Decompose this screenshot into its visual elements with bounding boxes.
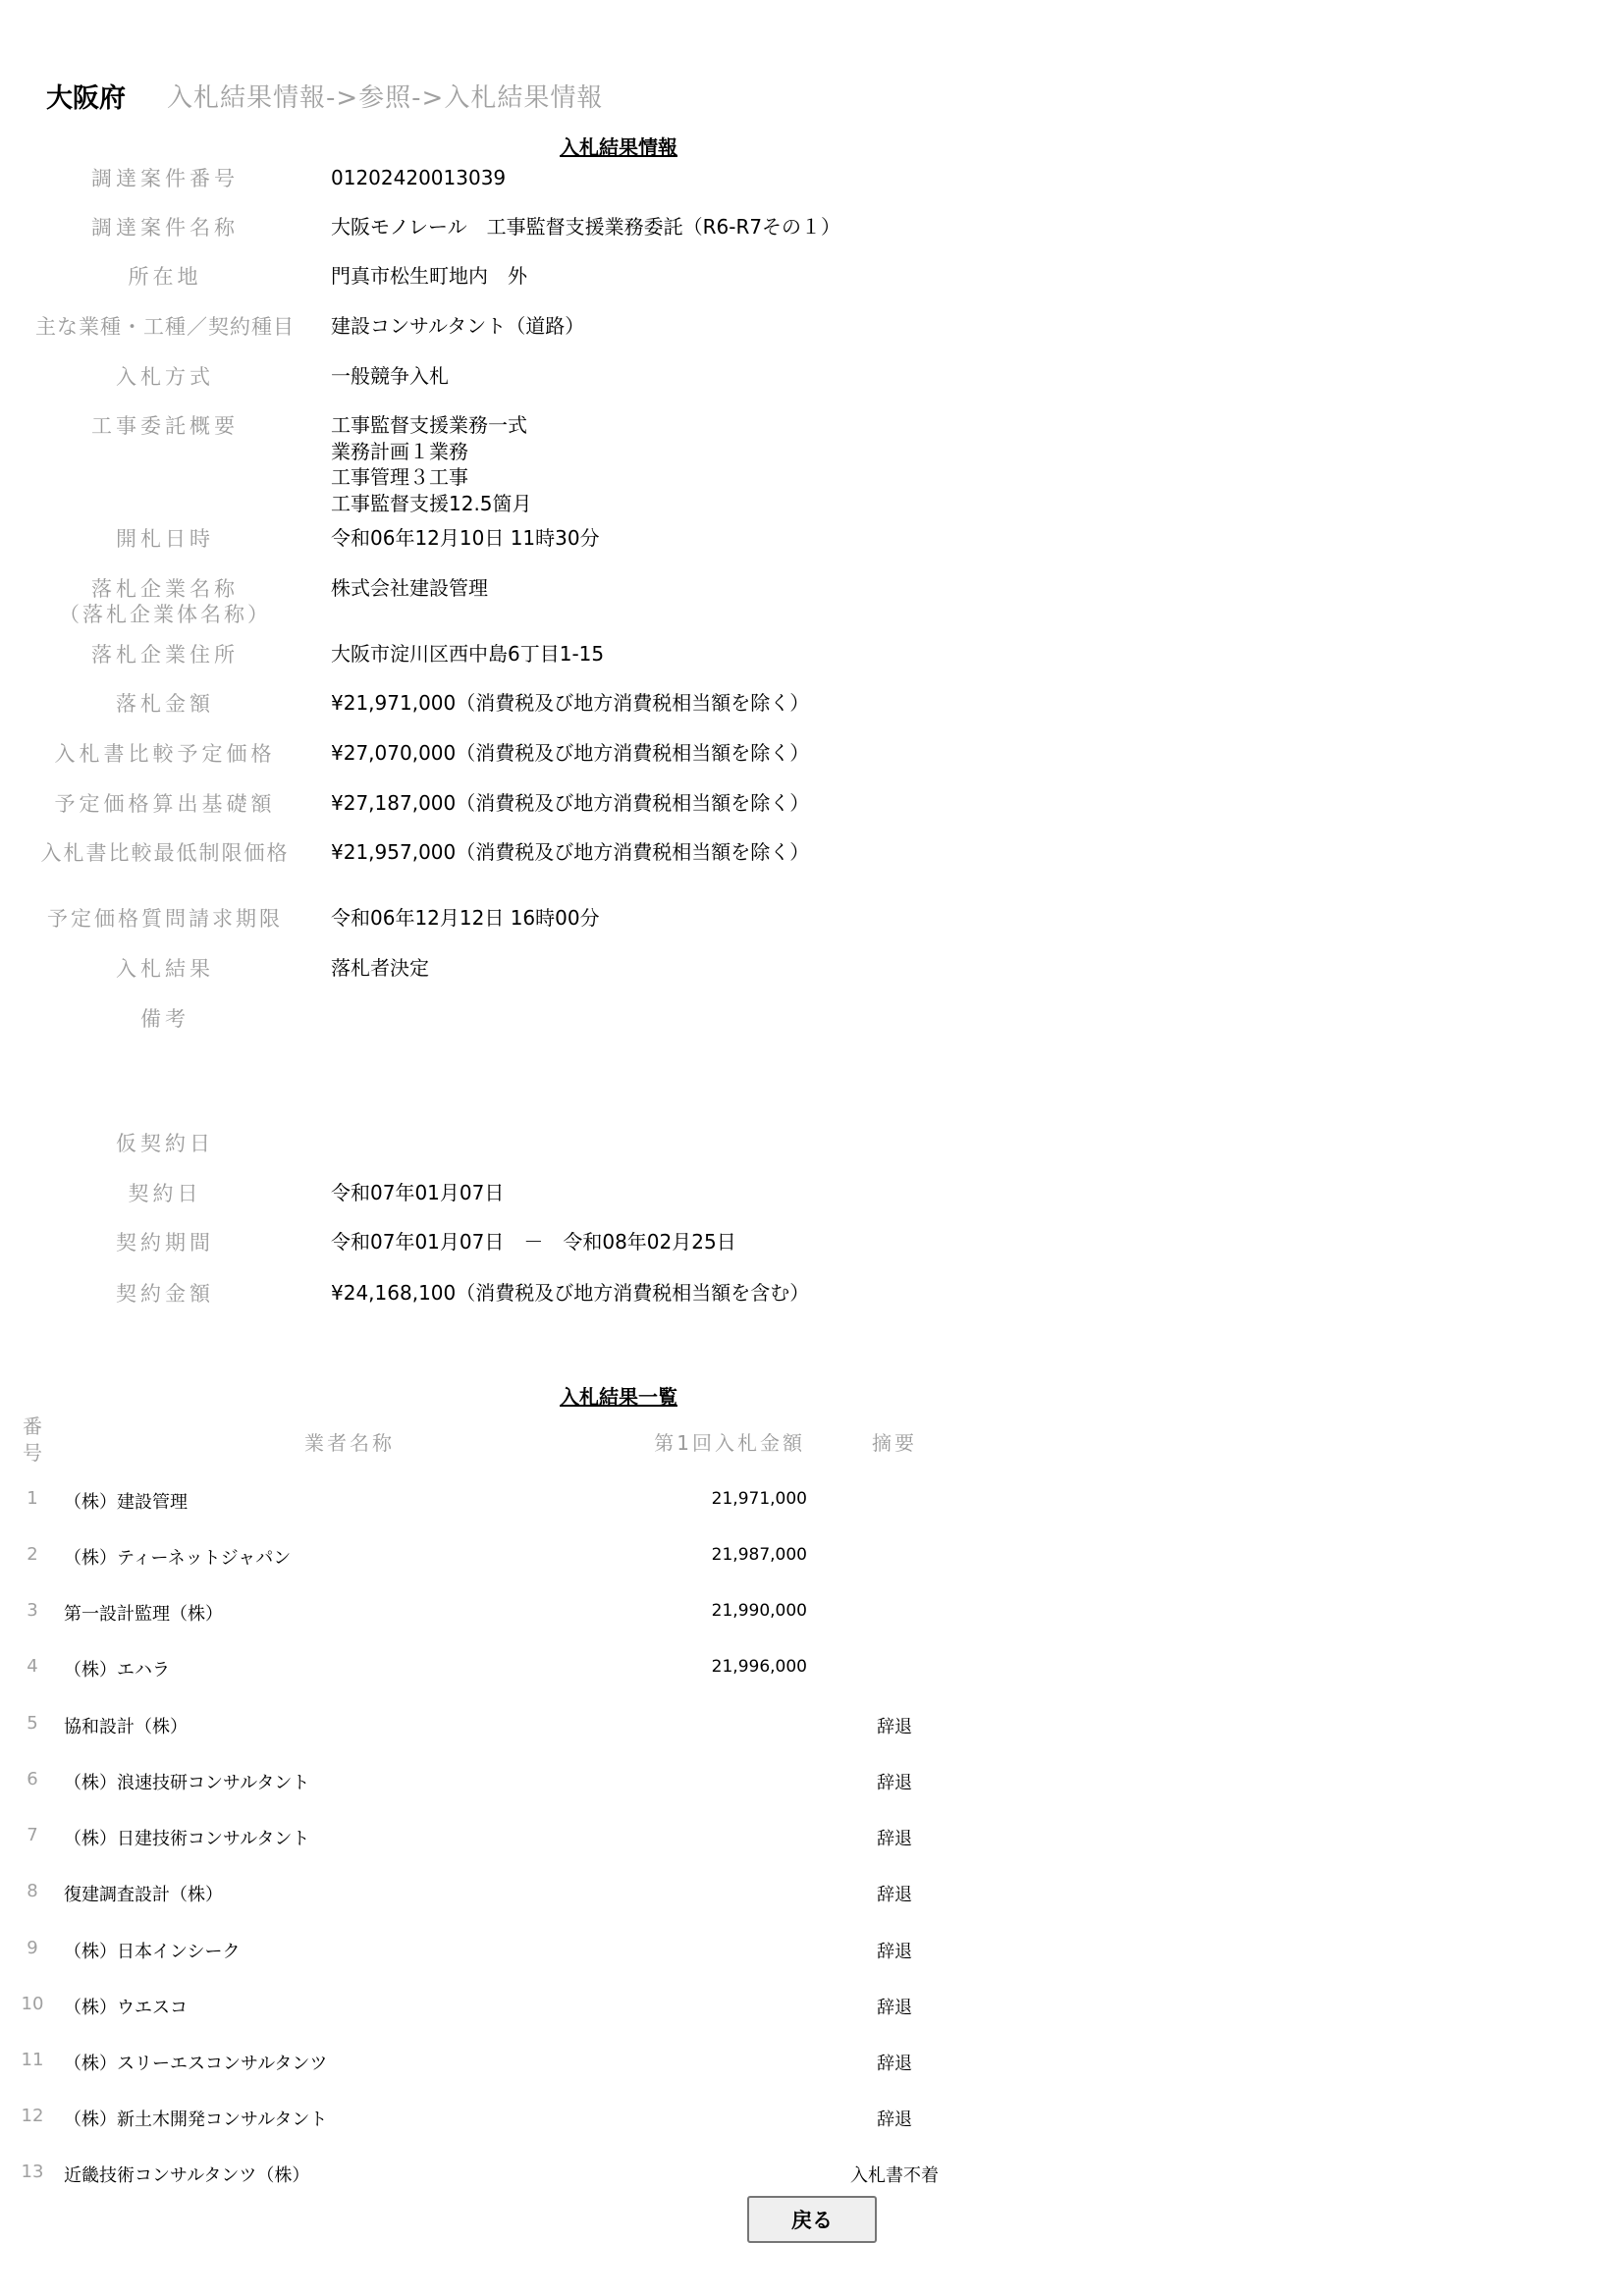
bid-note: 辞退 [826,2106,963,2131]
label-winner-consortium-name: （落札企業体名称） [18,602,312,627]
bid-amount: 21,996,000 [611,1657,807,1677]
row-number: 13 [13,2162,52,2182]
label-contract-period: 契約期間 [18,1230,312,1255]
value-procurement-name: 大阪モノレール 工事監督支援業務委託（R6-R7その１） [331,214,840,240]
label-location: 所在地 [18,264,312,290]
label-opening-datetime: 開札日時 [18,526,312,552]
bidder-name: 復建調査設計（株） [64,1881,223,1906]
row-number: 7 [13,1825,52,1845]
label-provisional-contract-date: 仮契約日 [18,1131,312,1156]
bid-note: 辞退 [826,1713,963,1738]
value-price-basis: ¥27,187,000（消費税及び地方消費税相当額を除く） [331,790,809,817]
label-work-summary: 工事委託概要 [18,413,312,439]
bidder-name: （株）ティーネットジャパン [64,1544,291,1570]
bidder-name: （株）エハラ [64,1656,170,1682]
row-number: 12 [13,2106,52,2126]
value-work-summary-line-1: 工事監督支援業務一式 [331,412,527,439]
value-business-type: 建設コンサルタント（道路） [331,313,584,340]
label-contract-amount: 契約金額 [18,1281,312,1307]
bid-note: 辞退 [826,1881,963,1906]
bid-amount: 21,971,000 [611,1489,807,1509]
value-winner-name: 株式会社建設管理 [331,575,488,602]
column-header-name: 業者名称 [251,1427,448,1456]
breadcrumb: 入札結果情報->参照->入札結果情報 [167,78,603,114]
prefecture-title: 大阪府 [46,77,126,115]
bidder-name: （株）浪速技研コンサルタント [64,1769,309,1794]
label-price-basis: 予定価格算出基礎額 [18,791,312,817]
row-number: 8 [13,1881,52,1901]
back-button[interactable]: 戻る [747,2196,877,2243]
row-number: 4 [13,1656,52,1677]
bidder-name: （株）建設管理 [64,1488,188,1514]
bidder-name: （株）日本インシーク [64,1938,241,1963]
column-header-amount: 第1回入札金額 [609,1427,805,1456]
row-number: 9 [13,1938,52,1958]
column-header-note: 摘要 [826,1427,963,1456]
row-number: 11 [13,2050,52,2070]
value-work-summary-line-2: 業務計画１業務 [331,439,468,465]
row-number: 10 [13,1994,52,2014]
label-procurement-name: 調達案件名称 [18,215,312,240]
bidder-name: 近畿技術コンサルタンツ（株） [64,2162,309,2187]
label-minimum-price: 入札書比較最低制限価格 [18,840,312,866]
value-bid-method: 一般競争入札 [331,363,449,390]
value-winner-address: 大阪市淀川区西中島6丁目1-15 [331,641,604,667]
label-winner-address: 落札企業住所 [18,642,312,667]
bidder-name: （株）スリーエスコンサルタンツ [64,2050,327,2075]
value-procurement-number: 01202420013039 [331,165,506,191]
value-location: 門真市松生町地内 外 [331,263,527,290]
label-contract-date: 契約日 [18,1181,312,1206]
section-title-bid-info: 入札結果情報 [560,132,677,160]
value-bid-result: 落札者決定 [331,955,429,982]
label-planned-price: 入札書比較予定価格 [18,741,312,767]
bidder-name: （株）新土木開発コンサルタント [64,2106,327,2131]
bid-amount: 21,990,000 [611,1601,807,1621]
row-number: 5 [13,1713,52,1734]
label-remarks: 備考 [18,1006,312,1032]
bidder-name: （株）日建技術コンサルタント [64,1825,309,1850]
label-winner-name: 落札企業名称 [18,576,312,602]
value-contract-date: 令和07年01月07日 [331,1180,504,1206]
value-work-summary-line-4: 工事監督支援12.5箇月 [331,491,532,517]
value-work-summary-line-3: 工事管理３工事 [331,464,468,491]
bidder-name: 第一設計監理（株） [64,1600,223,1626]
row-number: 2 [13,1544,52,1565]
value-inquiry-deadline: 令和06年12月12日 16時00分 [331,905,600,932]
label-bid-result: 入札結果 [18,956,312,982]
value-winning-amount: ¥21,971,000（消費税及び地方消費税相当額を除く） [331,690,809,717]
bid-note: 辞退 [826,1769,963,1794]
value-planned-price: ¥27,070,000（消費税及び地方消費税相当額を除く） [331,740,809,767]
bid-amount: 21,987,000 [611,1545,807,1565]
bidder-name: （株）ウエスコ [64,1994,188,2019]
row-number: 3 [13,1600,52,1621]
bid-note: 入札書不着 [826,2162,963,2187]
label-winning-amount: 落札金額 [18,691,312,717]
value-contract-period: 令和07年01月07日 － 令和08年02月25日 [331,1229,736,1255]
section-title-bid-results: 入札結果一覧 [560,1381,677,1410]
bid-note: 辞退 [826,1938,963,1963]
bidder-name: 協和設計（株） [64,1713,188,1738]
bid-note: 辞退 [826,1825,963,1850]
row-number: 6 [13,1769,52,1789]
label-procurement-number: 調達案件番号 [18,166,312,191]
bid-note: 辞退 [826,1994,963,2019]
label-bid-method: 入札方式 [18,364,312,390]
label-inquiry-deadline: 予定価格質問請求期限 [18,906,312,932]
bid-note: 辞退 [826,2050,963,2075]
value-contract-amount: ¥24,168,100（消費税及び地方消費税相当額を含む） [331,1280,809,1307]
row-number: 1 [13,1488,52,1509]
column-header-number: 番号 [20,1414,45,1467]
value-minimum-price: ¥21,957,000（消費税及び地方消費税相当額を除く） [331,839,809,866]
label-business-type: 主な業種・工種／契約種目 [18,314,312,340]
value-opening-datetime: 令和06年12月10日 11時30分 [331,525,600,552]
